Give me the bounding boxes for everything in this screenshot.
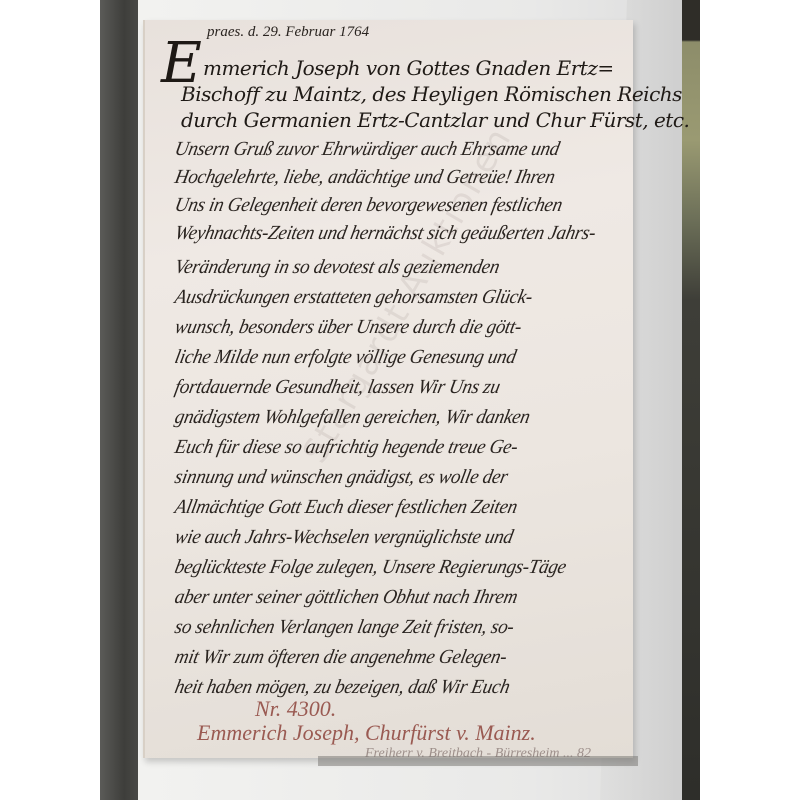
body-line: heit haben mögen, zu bezeigen, daß Wir E…: [173, 676, 512, 699]
archivist-attribution: Emmerich Joseph, Churfürst v. Mainz.: [197, 720, 536, 746]
body-line: beglückteste Folge zulegen, Unsere Regie…: [173, 556, 568, 579]
received-date-note: praes. d. 29. Februar 1764: [207, 24, 369, 41]
catalog-number: Nr. 4300.: [255, 696, 336, 722]
body-line: wunsch, besonders über Unsere durch die …: [173, 316, 524, 339]
body-line: so sehnlichen Verlangen lange Zeit frist…: [173, 616, 516, 639]
title-line-2: Bischoff zu Maintz, des Heyligen Römisch…: [181, 82, 682, 106]
document-shadow: [318, 756, 638, 766]
historic-letter: praes. d. 29. Februar 1764 E mmerich Jos…: [143, 20, 633, 758]
body-line: mit Wir zum öfteren die angenehme Gelege…: [173, 646, 509, 669]
body-line: Weyhnachts-Zeiten und hernächst sich geä…: [173, 222, 598, 245]
body-line: Allmächtige Gott Euch dieser festlichen …: [173, 496, 520, 519]
body-line: Uns in Gelegenheit deren bevorgewesenen …: [173, 194, 565, 217]
body-line: sinnung und wünschen gnädigst, es wolle …: [173, 466, 510, 489]
body-line: aber unter seiner göttlichen Obhut nach …: [173, 586, 520, 609]
dark-frame-edge: [100, 0, 140, 800]
body-line: Ausdrückungen erstatteten gehorsamsten G…: [173, 286, 535, 309]
body-line: wie auch Jahrs-Wechselen vergnüglichste …: [173, 526, 515, 549]
title-line-1: mmerich Joseph von Gottes Gnaden Ertz=: [203, 56, 614, 80]
title-line-3: durch Germanien Ertz-Cantzlar und Chur F…: [181, 108, 689, 132]
body-line: Veränderung in so devotest als geziemend…: [173, 256, 502, 279]
